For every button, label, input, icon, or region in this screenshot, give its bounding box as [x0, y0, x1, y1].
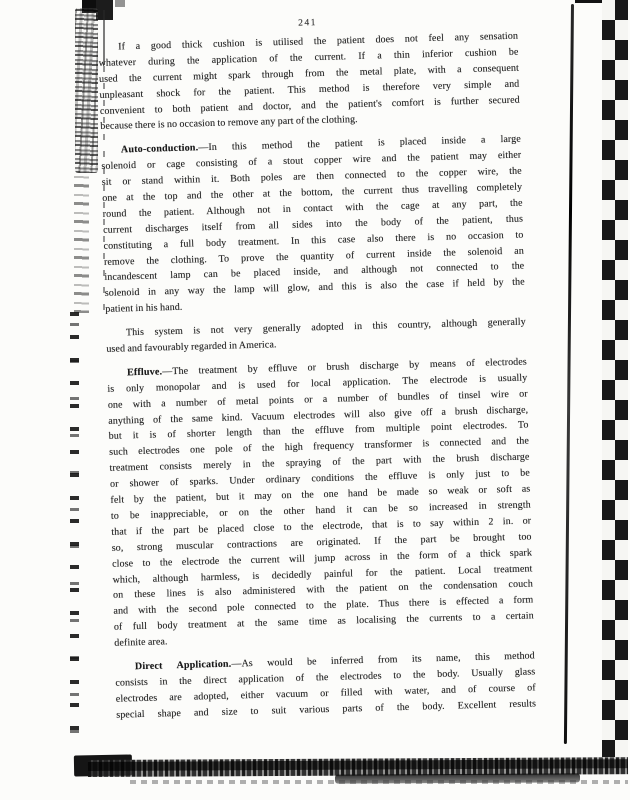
- page-edge-line: [564, 4, 574, 744]
- page-text-block: 241 If a good thick cushion is utilised …: [98, 29, 536, 724]
- paragraph-heading: Direct Application.: [135, 659, 232, 673]
- paragraph-system-remark: This system is not very generally adopte…: [106, 315, 527, 358]
- scan-corner-blotch: [115, 0, 125, 7]
- paragraph-heading: Effluve.: [127, 366, 163, 378]
- paragraph-heading: Auto-conduction.: [121, 143, 199, 156]
- scanner-edge-marks: [602, 0, 628, 757]
- binding-shadow-middle: [74, 173, 89, 313]
- binding-shadow-dashes: [70, 312, 79, 745]
- paragraph-auto-conduction: Auto-conduction.—In this method the pati…: [101, 132, 526, 318]
- binding-shadow-top: [75, 8, 98, 173]
- paragraph-direct-application: Direct Application.—As would be inferred…: [115, 648, 537, 723]
- scan-bottom-band-faint: [130, 780, 628, 784]
- paragraph-effluve: Effluve.—The treatment by effluve or bru…: [107, 354, 535, 651]
- scanned-book-page: 241 If a good thick cushion is utilised …: [0, 0, 630, 800]
- page-edge-line-top: [575, 0, 603, 3]
- paragraph-cushion-method: If a good thick cushion is utilised the …: [98, 29, 520, 136]
